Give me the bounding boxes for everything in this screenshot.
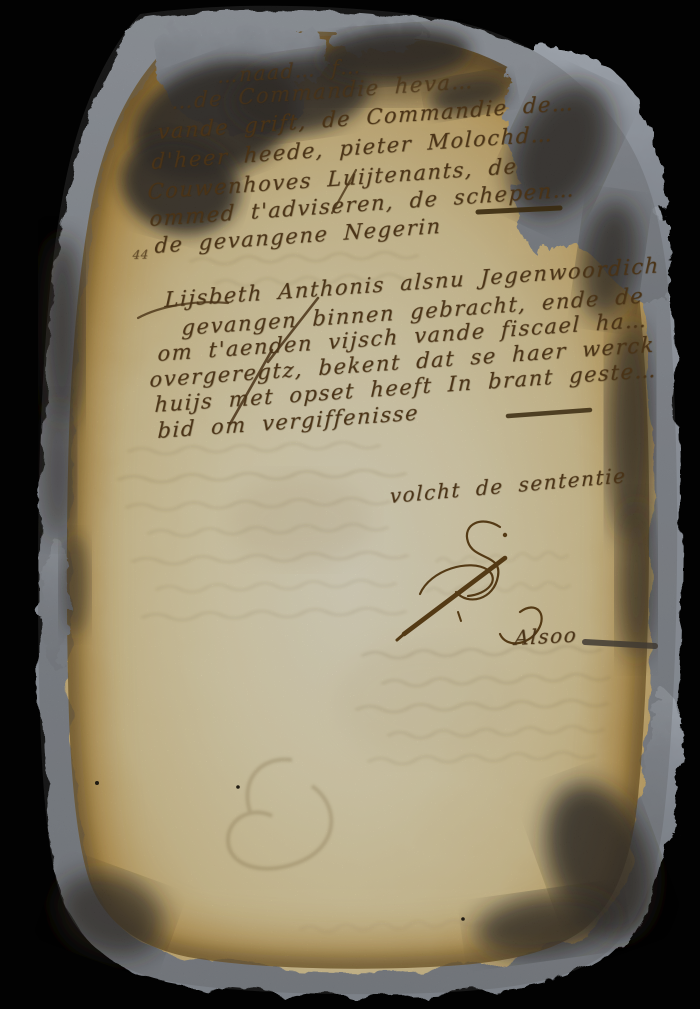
photograph-of-burned-manuscript: 44 …naad… f… …de Commandie heva… vande g…: [0, 0, 700, 1009]
ink-dash: [585, 642, 655, 646]
fibre-texture-light: [0, 0, 700, 1009]
manuscript-artwork: [0, 0, 700, 1009]
